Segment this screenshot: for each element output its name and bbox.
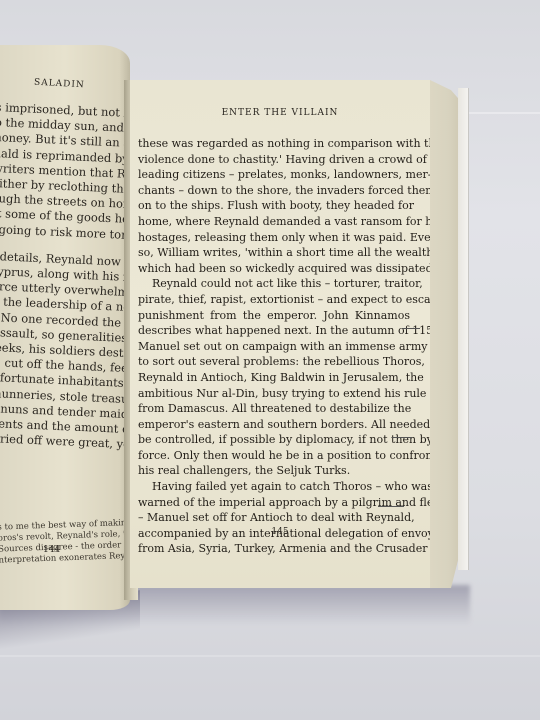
left-page: SALADIN s imprisoned, but not beaten, ho…	[0, 45, 130, 610]
text-line: chants – down to the shore, the invaders…	[138, 183, 410, 199]
text-line: hostages, releasing them only when it wa…	[138, 230, 410, 246]
text-line: force. Only then would he be in a positi…	[138, 448, 410, 464]
text-line: so, William writes, 'within a short time…	[138, 245, 410, 261]
text-line: leading citizens – prelates, monks, land…	[138, 167, 410, 183]
text-line: warned of the imperial approach by a pil…	[138, 495, 410, 511]
pencil-underline	[378, 506, 404, 507]
text-line: to sort out several problems: the rebell…	[138, 354, 410, 370]
pencil-underline	[392, 437, 412, 438]
text-line: his real challengers, the Seljuk Turks.	[138, 463, 410, 479]
marble-vein	[0, 655, 540, 657]
text-line: home, where Reynald demanded a vast rans…	[138, 214, 410, 230]
text-line: describes what happened next. In the aut…	[138, 323, 410, 339]
left-running-head: SALADIN	[34, 78, 85, 91]
text-line: Reynald could not act like this – tortur…	[138, 276, 410, 292]
text-line: from Asia, Syria, Turkey, Armenia and th…	[138, 541, 410, 557]
text-line: ambitious Nur al-Din, busy trying to ext…	[138, 386, 410, 402]
right-page-number: 145	[130, 527, 430, 537]
text-line: – Manuel set off for Antioch to deal wit…	[138, 510, 410, 526]
text-line: these was regarded as nothing in compari…	[138, 136, 410, 152]
text-line: Reynald in Antioch, King Baldwin in Jeru…	[138, 370, 410, 386]
text-line: from Damascus. All threatened to destabi…	[138, 401, 410, 417]
page-stack-edge	[430, 80, 460, 588]
text-line: violence done to chastity.' Having drive…	[138, 152, 410, 168]
book-cover-edge	[458, 88, 469, 570]
pencil-underline	[402, 328, 420, 329]
text-line: be controlled, if possible by diplomacy,…	[138, 432, 410, 448]
right-running-head: ENTER THE VILLAIN	[130, 108, 430, 118]
right-page-body: these was regarded as nothing in compari…	[138, 136, 410, 557]
text-line: Manuel set out on campaign with an immen…	[138, 339, 410, 355]
left-page-number: 144	[43, 545, 60, 555]
text-line: which had been so wickedly acquired was …	[138, 261, 410, 277]
text-line: pirate, thief, rapist, extortionist – an…	[138, 292, 410, 308]
text-line: emperor's eastern and southern borders. …	[138, 417, 410, 433]
text-line: Having failed yet again to catch Thoros …	[138, 479, 410, 495]
right-page: ENTER THE VILLAIN these was regarded as …	[130, 80, 430, 588]
text-line: on to the ships. Flush with booty, they …	[138, 198, 410, 214]
left-page-body: s imprisoned, but not beaten, ho the mid…	[0, 100, 130, 453]
left-page-footnotes: s to me the best way of making soros's r…	[0, 517, 130, 566]
text-line: punishment from the emperor. John Kinnam…	[138, 308, 410, 324]
